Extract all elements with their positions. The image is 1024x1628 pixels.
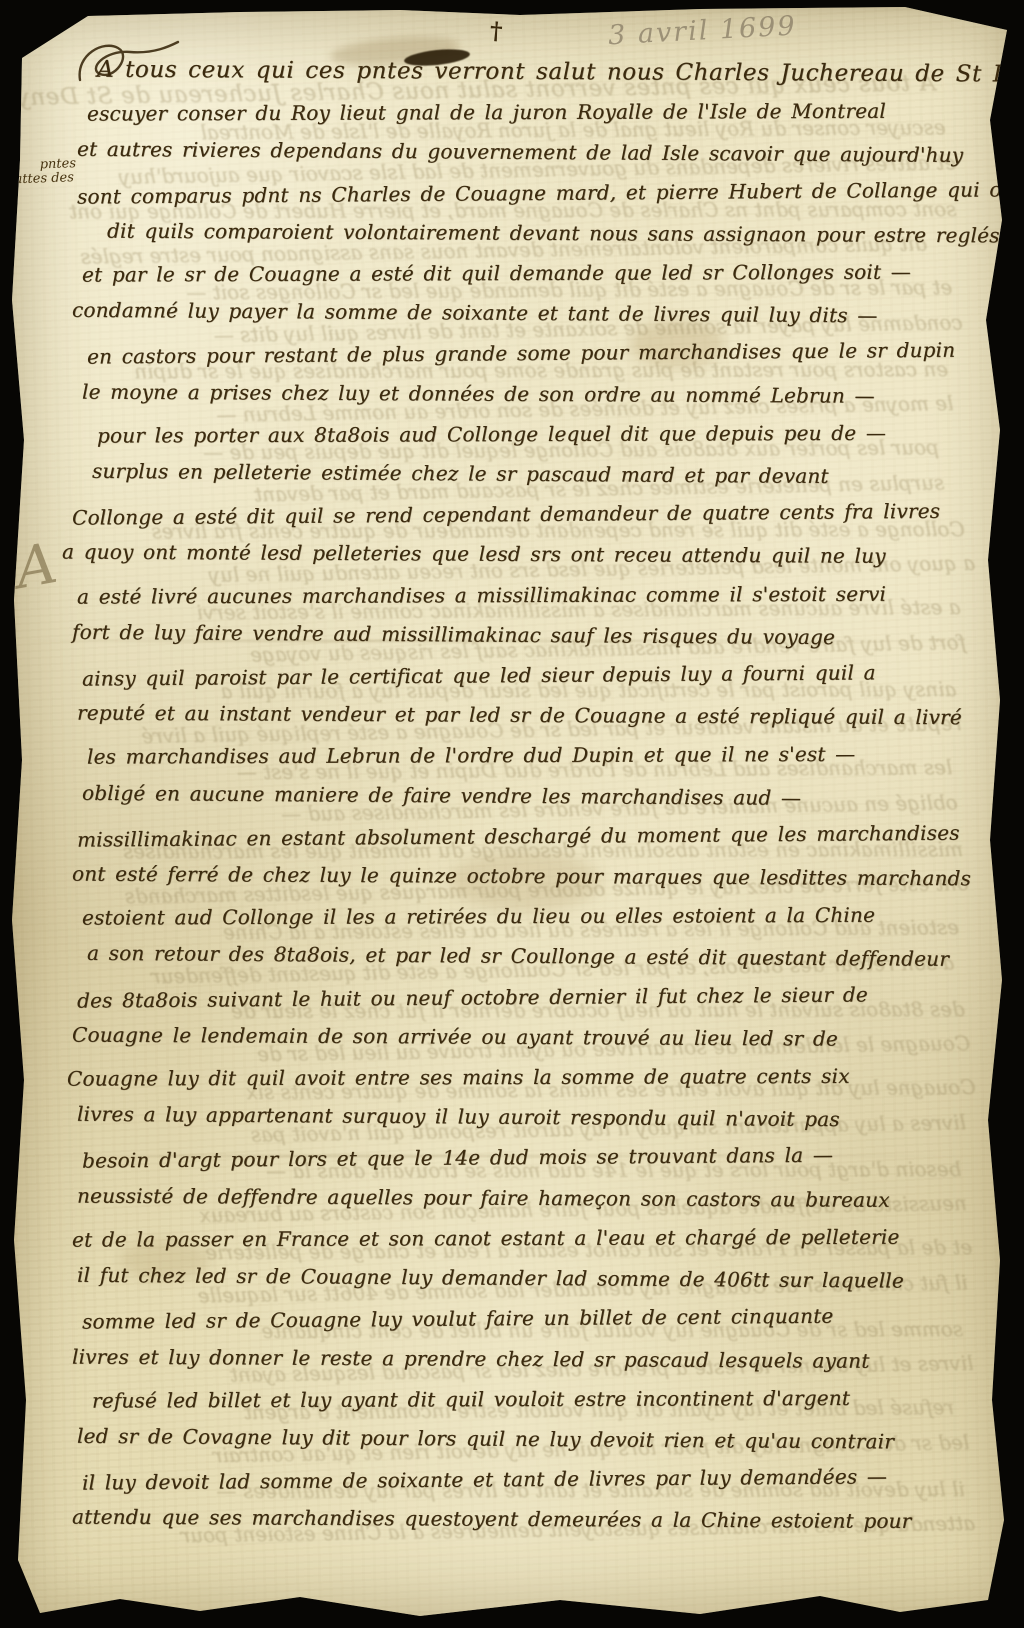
manuscript-line: estoient aud Collonge il les a retirées … bbox=[82, 895, 996, 938]
manuscript-line: obligé en aucune maniere de faire vendre… bbox=[82, 772, 996, 819]
manuscript-line: a quoy ont monté lesd pelleteries que le… bbox=[62, 532, 996, 577]
text-block: A tous ceux qui ces pntes verront salut … bbox=[62, 52, 996, 1540]
manuscript-line: refusé led billet et luy ayant dit quil … bbox=[92, 1377, 996, 1420]
manuscript-line: attendu que ses marchandises questoyent … bbox=[72, 1497, 996, 1542]
manuscript-line: surplus en pelleterie estimée chez le sr… bbox=[92, 451, 996, 498]
manuscript-line: il luy devoit lad somme de soixante et t… bbox=[82, 1456, 996, 1503]
manuscript-page: A tous ceux qui ces pntes verront salut … bbox=[0, 0, 1024, 1628]
manuscript-line: et autres rivieres dependans du gouverne… bbox=[77, 129, 996, 176]
manuscript-line: ainsy quil paroist par le certificat que… bbox=[82, 651, 996, 698]
manuscript-line: et de la passer en France et son canot e… bbox=[72, 1216, 996, 1259]
manuscript-line: Couagne luy dit quil avoit entre ses mai… bbox=[67, 1055, 996, 1098]
manuscript-line: en castors pour restant de plus grande s… bbox=[87, 330, 996, 377]
manuscript-line: ont esté ferré de chez luy le quinze oct… bbox=[72, 854, 996, 899]
manuscript-line: pour les porter aux 8ta8ois aud Collonge… bbox=[97, 412, 996, 455]
archival-date-annotation: 3 avril 1699 bbox=[607, 4, 928, 52]
manuscript-line: somme led sr de Couagne luy voulut faire… bbox=[82, 1295, 996, 1342]
manuscript-line: le moyne a prises chez luy et données de… bbox=[82, 371, 996, 416]
manuscript-line: escuyer conser du Roy lieut gnal de la j… bbox=[87, 91, 996, 134]
manuscript-line: besoin d'argt pour lors et que le 14e du… bbox=[82, 1134, 996, 1181]
manuscript-line: a esté livré aucunes marchandises a miss… bbox=[77, 573, 996, 616]
manuscript-line: Collonge a esté dit quil se rend cependa… bbox=[72, 491, 996, 538]
manuscript-line: A tous ceux qui ces pntes verront salut … bbox=[97, 50, 996, 95]
manuscript-line: dit quils comparoient volontairement dev… bbox=[107, 210, 996, 255]
manuscript-line: livres et luy donner le reste a prendre … bbox=[72, 1336, 996, 1381]
manuscript-line: Couagne le lendemain de son arrivée ou a… bbox=[72, 1014, 996, 1059]
manuscript-line: fort de luy faire vendre aud missillimak… bbox=[72, 612, 996, 659]
manuscript-line: missillimakinac en estant absolument des… bbox=[77, 812, 996, 859]
manuscript-line: neussisté de deffendre aquelles pour fai… bbox=[77, 1175, 996, 1220]
manuscript-line: sont comparus pdnt ns Charles de Couagne… bbox=[77, 169, 996, 216]
margin-paraph-mark: A bbox=[11, 531, 62, 602]
manuscript-line: les marchandises aud Lebrun de l'ordre d… bbox=[87, 734, 996, 777]
manuscript-line: des 8ta8ois suivant le huit ou neuf octo… bbox=[77, 973, 996, 1020]
manuscript-line: reputé et au instant vendeur et par led … bbox=[77, 693, 996, 738]
manuscript-line: led sr de Covagne luy dit pour lors quil… bbox=[77, 1416, 996, 1463]
manuscript-line: a son retour des 8ta8ois, et par led sr … bbox=[87, 933, 996, 980]
manuscript-line: et par le sr de Couagne a esté dit quil … bbox=[82, 251, 996, 294]
invocation-cross-icon: † bbox=[489, 16, 504, 46]
